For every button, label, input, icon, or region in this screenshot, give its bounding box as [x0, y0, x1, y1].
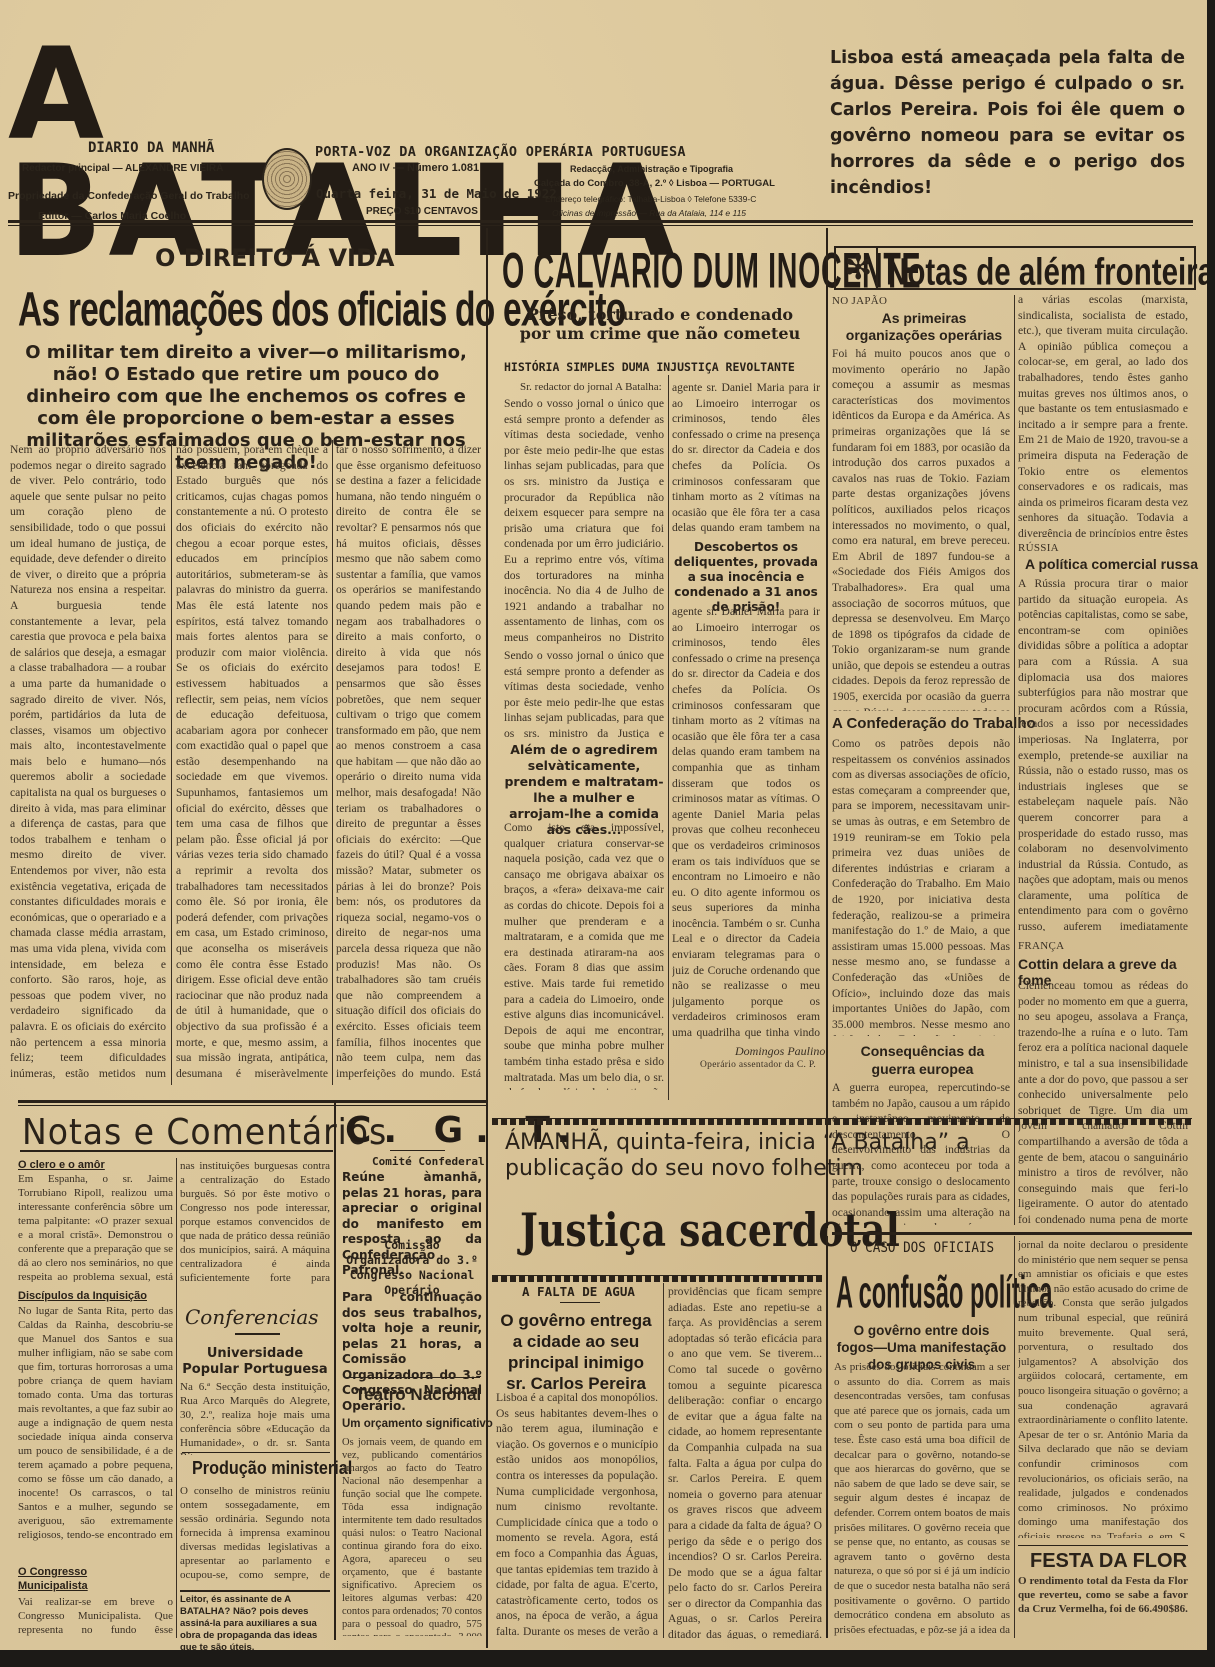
column-divider	[332, 440, 333, 1085]
section-rule-thin	[18, 1105, 486, 1106]
column-divider	[176, 1158, 177, 1638]
letter-signature-role: Operário assentador da C. P.	[700, 1060, 816, 1070]
calvario-col1: Sendo o vosso jornal o único que está se…	[504, 396, 664, 646]
section-rule	[180, 1590, 330, 1592]
calvario-col1b: Como isto era impossível, qualquer criat…	[504, 820, 664, 1090]
column-divider	[1014, 295, 1015, 1225]
header-underline	[20, 1150, 333, 1152]
item-clero-title: O clero e o amôr	[18, 1159, 105, 1171]
cgt-sub2: Comissão Organizadora do 3.º Congresso N…	[342, 1238, 482, 1298]
title-japan: As primeiras organizações operárias	[838, 310, 1010, 344]
column-divider	[663, 1283, 664, 1638]
direito-kicker: O DIREITO Á VIDA	[155, 244, 394, 272]
item-inquisicao-title: Discípulos da Inquisição	[18, 1290, 147, 1302]
section-russia: RÚSSIA	[1018, 542, 1059, 554]
notas-comentarios-header: Notas e Comentários	[22, 1112, 387, 1153]
masthead-address: Calçada do Combro, 38-A, 2.º ◊ Lisboa — …	[534, 178, 775, 189]
subscription-promo: Leitor, és assinante de A BATALHA? Não? …	[180, 1594, 330, 1654]
union-seal-icon	[262, 148, 312, 210]
masthead-redactor: Redactor principal — ALEXANDRE VIEIRA	[22, 163, 223, 174]
page-edge-right	[1207, 0, 1215, 1667]
folhetim-announce: ÁMANHÃ, quinta-feira, inicia “A Batalha”…	[505, 1130, 995, 1182]
asterisk-icon: ✻	[844, 248, 873, 288]
france-col: Clemenceau tomou as rédeas do poder no m…	[1018, 978, 1188, 1225]
masthead-telegraph: Endereço telegráfico: Talhaba-Lisboa ◊ T…	[545, 194, 756, 204]
title-russia: A política comercial russa	[1025, 556, 1198, 572]
japan-col1: Foi há muito poucos anos que o movimento…	[832, 346, 1010, 711]
column-divider	[826, 1236, 828, 1638]
section-japan: NO JAPÃO	[832, 295, 887, 307]
caso-kicker: O CASO DOS OFICIAIS	[850, 1240, 994, 1256]
newspaper-page: A BATALHA DIARIO DA MANHÃ Redactor princ…	[0, 0, 1207, 1650]
column-divider	[171, 440, 172, 1085]
teatro-text: Os jornais veem, de quando em vez, publi…	[342, 1436, 482, 1636]
calvario-col2-top: agente sr. Daniel Maria para ir ao Limoe…	[672, 380, 820, 538]
ornament-rule	[560, 1302, 600, 1303]
masthead-rule	[8, 220, 1193, 223]
issue-date: Quarta feira, 31 de Maio de 1922	[316, 186, 557, 201]
cgt-sub1: Comité Confederal	[372, 1155, 485, 1168]
item-congresso-title: O Congresso Municipalista	[18, 1565, 108, 1593]
calvario-col2: agente sr. Daniel Maria para ir ao Limoe…	[672, 604, 820, 1044]
notas-col2-text: nas instituições burguesas contra a cent…	[180, 1159, 330, 1287]
caso-col1: As prisões dos oficiais continuam a ser …	[834, 1360, 1010, 1640]
folhetim-title: Justiça sacerdotal	[520, 1203, 900, 1257]
page-edge-bottom	[0, 1650, 1215, 1667]
notas-alem-header: Notas de além fronteiras	[886, 250, 1215, 294]
column-divider	[668, 375, 669, 1100]
caso-col2: jornal da noite declarou o presidente do…	[1018, 1238, 1188, 1538]
issue-price: PREÇO $10 CENTAVOS	[366, 206, 478, 217]
title-consequences: Consequências da guerra europea	[840, 1042, 1005, 1078]
calvario-col1-mid: Sendo o vosso jornal o único que está se…	[504, 648, 664, 738]
notas-alem-header-box: ✻ Notas de além fronteiras	[834, 246, 1196, 290]
ornament-rule	[390, 1150, 445, 1151]
water-shortage-notice: Lisboa está ameaçada pela falta de água.…	[830, 45, 1185, 201]
direito-col2: não possuem, porá em chèque a excelência…	[176, 442, 328, 1082]
agua-headline: O govêrno entrega a cidade ao seu princi…	[496, 1310, 656, 1394]
conferencias-label: Conferencias	[185, 1305, 319, 1329]
letter-signature: Domingos Paulino	[735, 1044, 825, 1059]
calvario-salutation: Sr. redactor do jornal A Batalha:	[520, 380, 670, 396]
header-divider	[876, 248, 878, 288]
section-france: FRANÇA	[1018, 940, 1064, 952]
agua-col2: providências que ficam sempre adiadas. E…	[668, 1284, 822, 1639]
festa-text: O rendimento total da Festa da Flor que …	[1018, 1574, 1188, 1619]
festa-title: FESTA DA FLOR	[1030, 1550, 1187, 1573]
ornament-rule	[235, 1333, 280, 1335]
item-inquisicao-text: No lugar de Santa Rita, perto das Caldas…	[18, 1304, 173, 1544]
column-divider	[486, 228, 488, 1648]
masthead-workshop: Oficinas de impressão — Rua da Atalaia, …	[552, 208, 746, 218]
calvario-subhead: HISTÓRIA SIMPLES DUMA INJUSTIÇA REVOLTAN…	[504, 360, 824, 374]
univ-text: Na 6.ª Secção desta instituição, Rua Arc…	[180, 1380, 330, 1455]
teatro-title: Teatro Nacional	[355, 1385, 481, 1405]
column-divider	[334, 1100, 336, 1640]
masthead-rule-thin	[8, 225, 1193, 226]
teatro-sub: Um orçamento significativo	[342, 1418, 493, 1430]
title-confederacao: A Confederação do Trabalho	[832, 715, 1036, 732]
masthead-title: A BATALHA	[8, 37, 788, 154]
producao-text: O conselho de ministros reüniu ontem sos…	[180, 1484, 330, 1584]
agua-kicker: A FALTA DE AGUA	[522, 1284, 635, 1299]
masthead-property: Propriedade da Confederação Geral do Tra…	[8, 190, 250, 202]
issue-number: ANO IV — Número 1.081	[352, 162, 479, 174]
folhetim-announce-text: ÁMANHÃ, quinta-feira, inicia “A Batalha”…	[505, 1130, 970, 1181]
section-rule-thin	[182, 1452, 330, 1453]
wavy-border	[492, 1275, 822, 1282]
producao-title: Produção ministerial	[192, 1458, 352, 1479]
section-rule	[18, 1100, 486, 1103]
japan-col1b: Como os patrões depois não respeitassem …	[832, 736, 1010, 1036]
masthead-redaction: Redacção, Administração e Tipografia	[570, 164, 733, 174]
japan-col2: a várias escolas (marxista, sindicalista…	[1018, 292, 1188, 537]
section-rule-thin	[345, 1377, 480, 1378]
univ-title: Universidade Popular Portuguesa	[180, 1346, 330, 1378]
column-divider	[1014, 1236, 1015, 1638]
agua-col1: Lisboa é a capital dos monopólios. Os se…	[496, 1390, 658, 1640]
item-clero-text: Em Espanha, o sr. Jaime Torrubiano Ripol…	[18, 1172, 173, 1282]
section-rule	[832, 1232, 1192, 1235]
column-divider	[826, 228, 828, 1228]
wavy-border	[492, 1118, 1192, 1125]
direito-col1: Nem ao próprio adversário nós podemos ne…	[10, 442, 166, 1082]
masthead-tagline: PORTA-VOZ DA ORGANIZAÇÃO OPERÁRIA PORTUG…	[315, 144, 686, 160]
masthead-subtitle: DIARIO DA MANHÃ	[88, 140, 214, 156]
russia-col: A Rússia procura tirar o maior partido d…	[1018, 576, 1188, 931]
item-congresso-text: Vai realizar-se em breve o Congresso Mun…	[18, 1595, 173, 1637]
calvario-deck: Prêso, torturado e condenado por um crim…	[510, 305, 810, 343]
section-rule-thin	[1018, 1545, 1188, 1546]
direito-col3: tar o nosso sofrimento, a dizer que êsse…	[336, 442, 481, 1082]
